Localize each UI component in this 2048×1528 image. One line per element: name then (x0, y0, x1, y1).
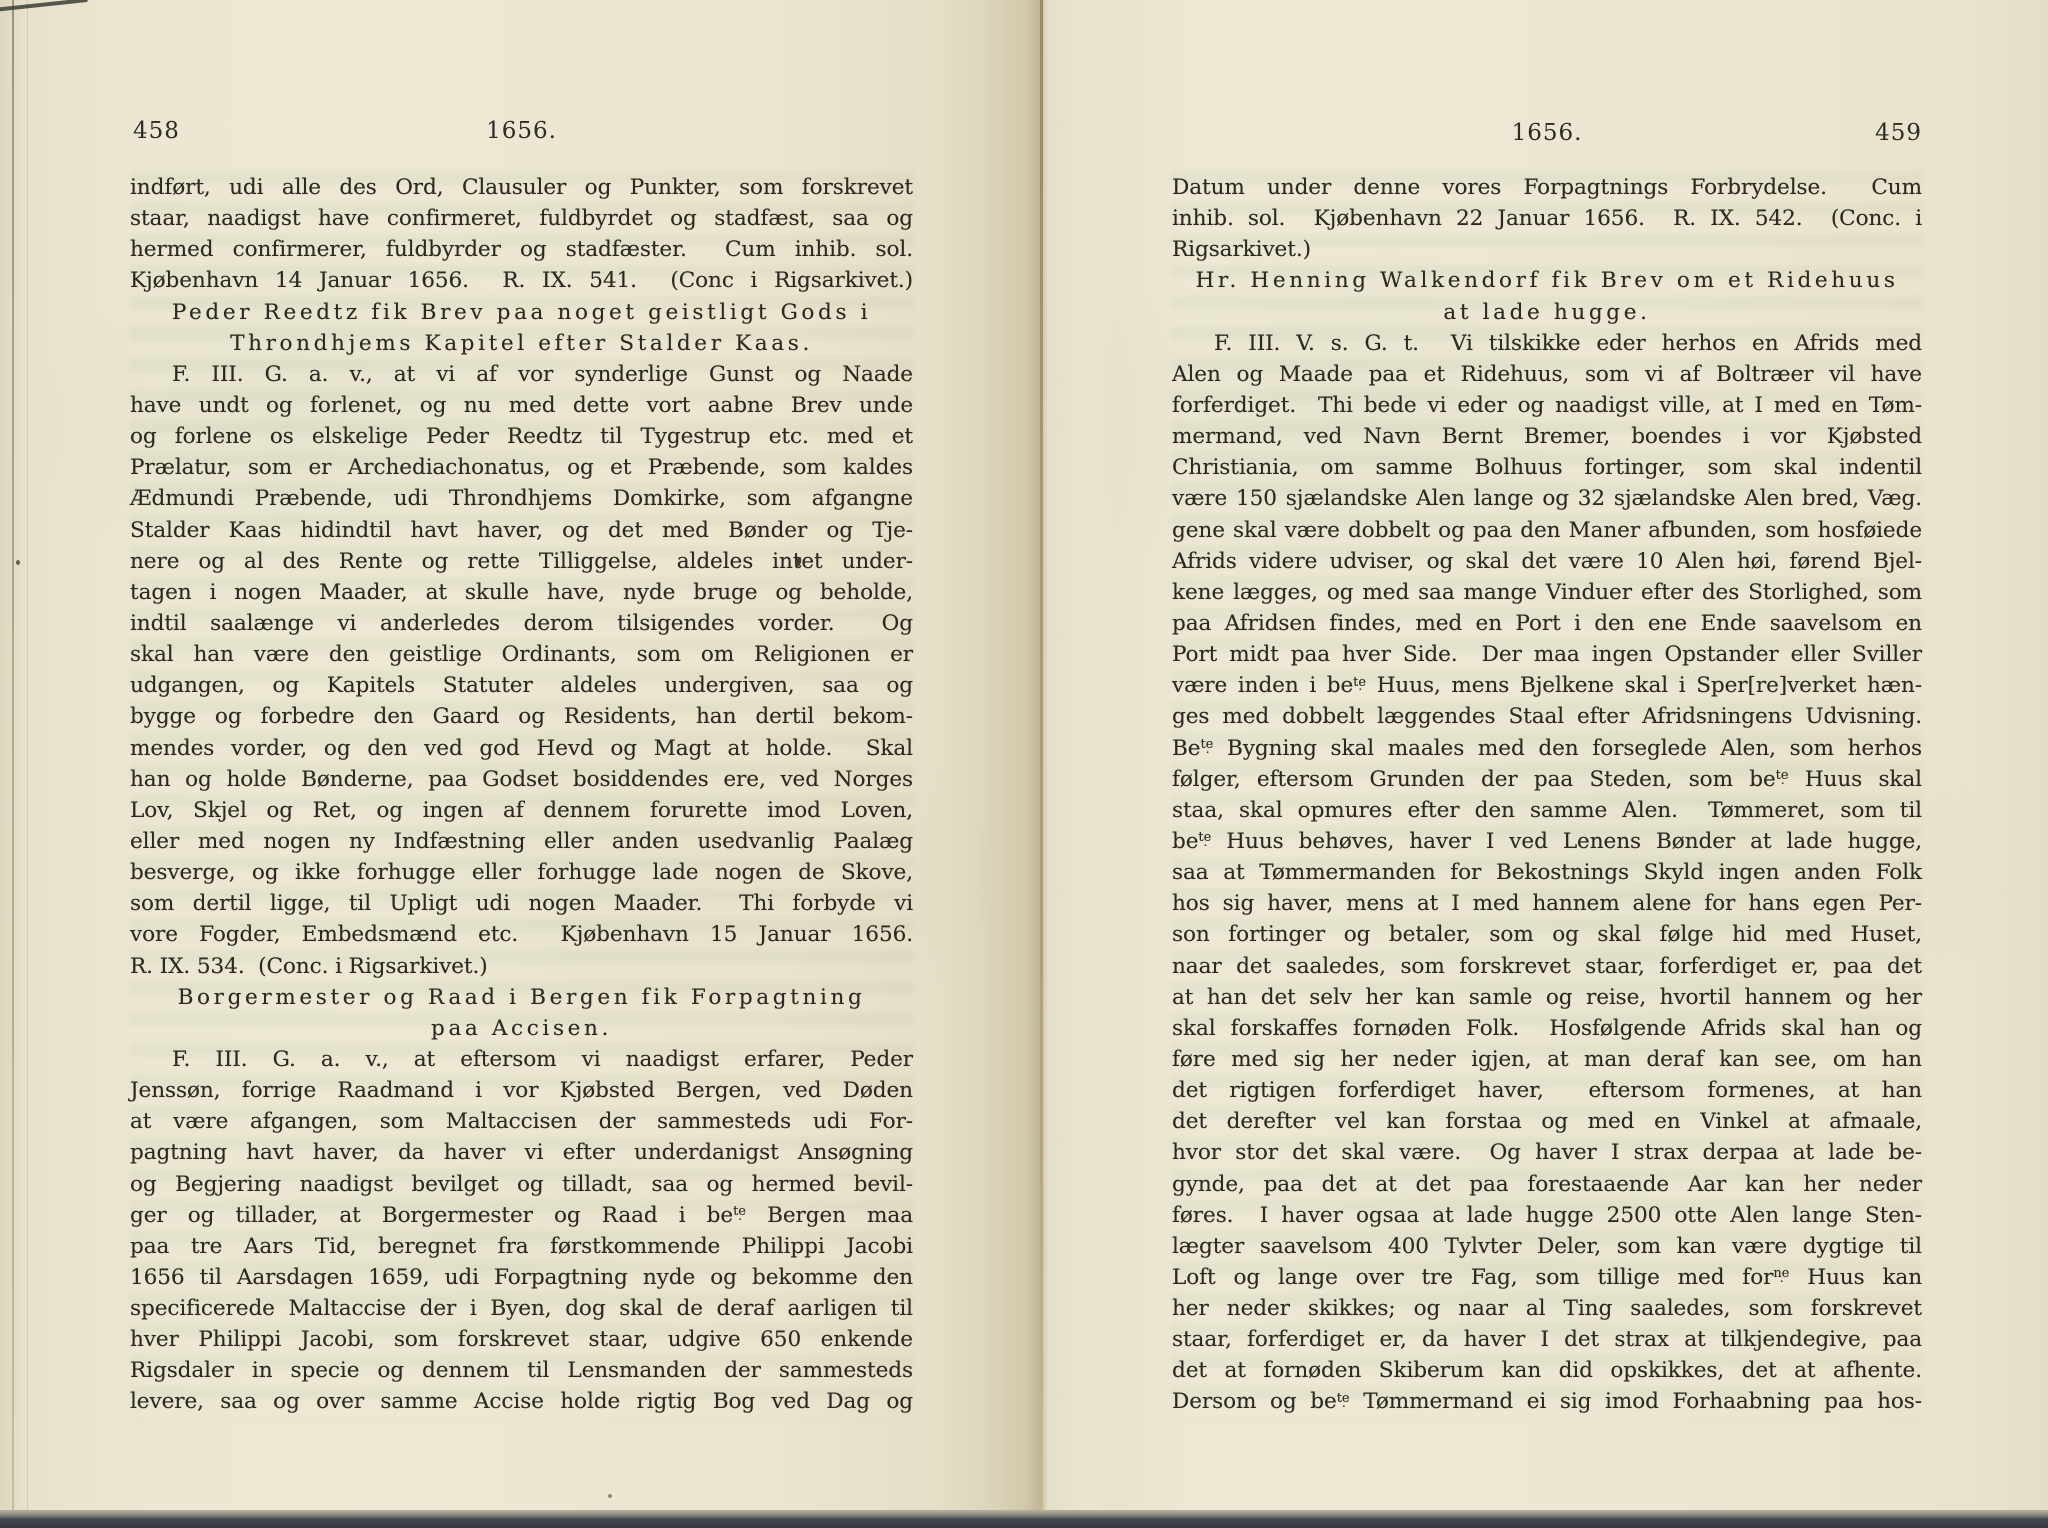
text-line: Alen og Maade paa et Ridehuus, som vi af… (1172, 359, 1922, 390)
text-line: F. III. V. s. G. t. Vi tilskikke eder he… (1172, 328, 1922, 359)
text-line: hermed confirmerer, fuldbyrder og stadfæ… (130, 234, 913, 265)
section-heading: Hr. Henning Walkendorf fik Brev om et Ri… (1172, 265, 1922, 327)
text-line: 1656 til Aarsdagen 1659, udi Forpagtning… (130, 1262, 913, 1293)
text-line: det derefter vel kan forstaa og med en V… (1172, 1106, 1922, 1137)
text-line: Christiania, om samme Bolhuus fortinger,… (1172, 452, 1922, 483)
superscript-abbreviation: te (733, 1204, 746, 1219)
text-line: ges med dobbelt læggendes Staal efter Af… (1172, 701, 1922, 732)
paragraph: F. III. G. a. v., at vi af vor synderlig… (130, 359, 913, 982)
text-line: saa at Tømmermanden for Bekostnings Skyl… (1172, 857, 1922, 888)
paragraph: indført, udi alle des Ord, Clausuler og … (130, 172, 913, 297)
print-speck (16, 560, 20, 565)
text-line: gynde, paa det at det paa forestaaende A… (1172, 1169, 1922, 1200)
text-column-right: Datum under denne vores Forpagtnings For… (1172, 172, 1922, 1418)
heading-line: Peder Reedtz fik Brev paa noget geistlig… (130, 297, 913, 328)
paragraph: Datum under denne vores Forpagtnings For… (1172, 172, 1922, 265)
text-line: det rigtigen forferdiget haver, eftersom… (1172, 1075, 1922, 1106)
text-line: ger og tillader, at Borgermester og Raad… (130, 1200, 913, 1231)
paragraph: F. III. G. a. v., at eftersom vi naadigs… (130, 1044, 913, 1418)
text-line: indført, udi alle des Ord, Clausuler og … (130, 172, 913, 203)
book-scan: 458 1656. 1656. 459 indført, udi alle de… (0, 0, 2048, 1528)
text-line: skal han være den geistlige Ordinants, s… (130, 639, 913, 670)
text-line: og Begjering naadigst bevilget og tillad… (130, 1169, 913, 1200)
text-line: indtil saalænge vi anderledes derom tils… (130, 608, 913, 639)
text-column-left: indført, udi alle des Ord, Clausuler og … (130, 172, 913, 1418)
text-line: hos sig haver, mens at I med hannem alen… (1172, 888, 1922, 919)
text-line: skal forskaffes fornøden Folk. Hosfølgen… (1172, 1013, 1922, 1044)
section-heading: Peder Reedtz fik Brev paa noget geistlig… (130, 297, 913, 359)
text-line: forferdiget. Thi bede vi eder og naadigs… (1172, 390, 1922, 421)
text-line: hver Philippi Jacobi, som forskrevet sta… (130, 1324, 913, 1355)
text-line: føres. I haver ogsaa at lade hugge 2500 … (1172, 1200, 1922, 1231)
text-line: bygge og forbedre den Gaard og Residents… (130, 701, 913, 732)
text-line: kene lægges, og med saa mange Vinduer ef… (1172, 577, 1922, 608)
text-line: Loft og lange over tre Fag, som tillige … (1172, 1262, 1922, 1293)
superscript-abbreviation: te (1776, 768, 1789, 783)
text-line: paa tre Aars Tid, beregnet fra førstkomm… (130, 1231, 913, 1262)
text-line: her neder skikkes; og naar al Ting saale… (1172, 1293, 1922, 1324)
text-line: paa Afridsen findes, med en Port i den e… (1172, 608, 1922, 639)
text-line: staar, naadigst have confirmeret, fuldby… (130, 203, 913, 234)
text-line: naar det saaledes, som forskrevet staar,… (1172, 951, 1922, 982)
superscript-abbreviation: te (1337, 1391, 1350, 1406)
text-line: staa, skal opmures efter den samme Alen.… (1172, 795, 1922, 826)
page-number-right: 459 (1172, 120, 1922, 146)
text-line: Lov, Skjel og Ret, og ingen af dennem fo… (130, 795, 913, 826)
heading-line: at lade hugge. (1172, 297, 1922, 328)
text-line: specificerede Maltaccise der i Byen, dog… (130, 1293, 913, 1324)
text-line: staar, forferdiget er, da haver I det st… (1172, 1324, 1922, 1355)
text-line: have undt og forlenet, og nu med dette v… (130, 390, 913, 421)
text-line: Port midt paa hver Side. Der maa ingen O… (1172, 639, 1922, 670)
text-line: mermand, ved Navn Bernt Bremer, boendes … (1172, 421, 1922, 452)
text-line: eller med nogen ny Indfæstning eller and… (130, 826, 913, 857)
print-speck (608, 1494, 612, 1498)
text-line: son fortinger og betaler, som og skal fø… (1172, 919, 1922, 950)
book-bottom-edge (0, 1510, 2048, 1528)
text-line: følger, eftersom Grunden der paa Steden,… (1172, 764, 1922, 795)
superscript-abbreviation: ne (1773, 1266, 1789, 1281)
text-line: Kjøbenhavn 14 Januar 1656. R. IX. 541. (… (130, 265, 913, 296)
page-edge-line-faint (27, 0, 28, 1510)
text-line: lægter saavelsom 400 Tylvter Deler, som … (1172, 1231, 1922, 1262)
superscript-abbreviation: te (1200, 737, 1213, 752)
text-line: det at fornøden Skiberum kan did opskikk… (1172, 1355, 1922, 1386)
text-line: besverge, og ikke forhugge eller forhugg… (130, 857, 913, 888)
text-line: levere, saa og over samme Accise holde r… (130, 1386, 913, 1417)
book-spine-line (1040, 0, 1043, 1512)
text-line: være inden i bete Huus, mens Bjelkene sk… (1172, 670, 1922, 701)
text-line: føre med sig her neder igjen, at man der… (1172, 1044, 1922, 1075)
text-line: hvor stor det skal være. Og haver I stra… (1172, 1137, 1922, 1168)
paragraph: F. III. V. s. G. t. Vi tilskikke eder he… (1172, 328, 1922, 1418)
superscript-abbreviation: te (1353, 675, 1366, 690)
text-line: Dersom og bete Tømmermand ei sig imod Fo… (1172, 1386, 1922, 1417)
text-line: F. III. G. a. v., at eftersom vi naadigs… (130, 1044, 913, 1075)
running-head-left: 1656. (130, 118, 913, 144)
text-line: Prælatur, som er Archediachonatus, og et… (130, 452, 913, 483)
text-line: Bete Bygning skal maales med den forsegl… (1172, 733, 1922, 764)
text-line: F. III. G. a. v., at vi af vor synderlig… (130, 359, 913, 390)
text-line: Rigsarkivet.) (1172, 234, 1922, 265)
text-line: som dertil ligge, til Upligt udi nogen M… (130, 888, 913, 919)
text-line: Afrids videre udviser, og skal det være … (1172, 546, 1922, 577)
heading-line: Throndhjems Kapitel efter Stalder Kaas. (130, 328, 913, 359)
text-line: Jenssøn, forrige Raadmand i vor Kjøbsted… (130, 1075, 913, 1106)
text-line: Rigsdaler in specie og dennem til Lensma… (130, 1355, 913, 1386)
text-line: bete Huus behøves, haver I ved Lenens Bø… (1172, 826, 1922, 857)
page-edge-line (12, 0, 14, 1510)
text-line: han og holde Bønderne, paa Godset bosidd… (130, 764, 913, 795)
text-line: at han det selv her kan samle og reise, … (1172, 982, 1922, 1013)
text-line: pagtning havt haver, da haver vi efter u… (130, 1137, 913, 1168)
text-line: at være afgangen, som Maltaccisen der sa… (130, 1106, 913, 1137)
text-line: være 150 sjælandske Alen lange og 32 sjæ… (1172, 483, 1922, 514)
section-heading: Borgermester og Raad i Bergen fik Forpag… (130, 982, 913, 1044)
text-line: Ædmundi Præbende, udi Throndhjems Domkir… (130, 483, 913, 514)
text-line: Stalder Kaas hidindtil havt haver, og de… (130, 515, 913, 546)
superscript-abbreviation: te (1198, 830, 1211, 845)
text-line: vore Fogder, Embedsmænd etc. Kjøbenhavn … (130, 919, 913, 950)
text-line: udgangen, og Kapitels Statuter aldeles u… (130, 670, 913, 701)
text-line: og forlene os elskelige Peder Reedtz til… (130, 421, 913, 452)
text-line: mendes vorder, og den ved god Hevd og Ma… (130, 733, 913, 764)
text-line: gene skal være dobbelt og paa den Maner … (1172, 515, 1922, 546)
text-line: R. IX. 534. (Conc. i Rigsarkivet.) (130, 951, 913, 982)
text-line: Datum under denne vores Forpagtnings For… (1172, 172, 1922, 203)
heading-line: Borgermester og Raad i Bergen fik Forpag… (130, 982, 913, 1013)
heading-line: Hr. Henning Walkendorf fik Brev om et Ri… (1172, 265, 1922, 296)
text-line: inhib. sol. Kjøbenhavn 22 Januar 1656. R… (1172, 203, 1922, 234)
heading-line: paa Accisen. (130, 1013, 913, 1044)
text-line: tagen i nogen Maader, at skulle have, ny… (130, 577, 913, 608)
